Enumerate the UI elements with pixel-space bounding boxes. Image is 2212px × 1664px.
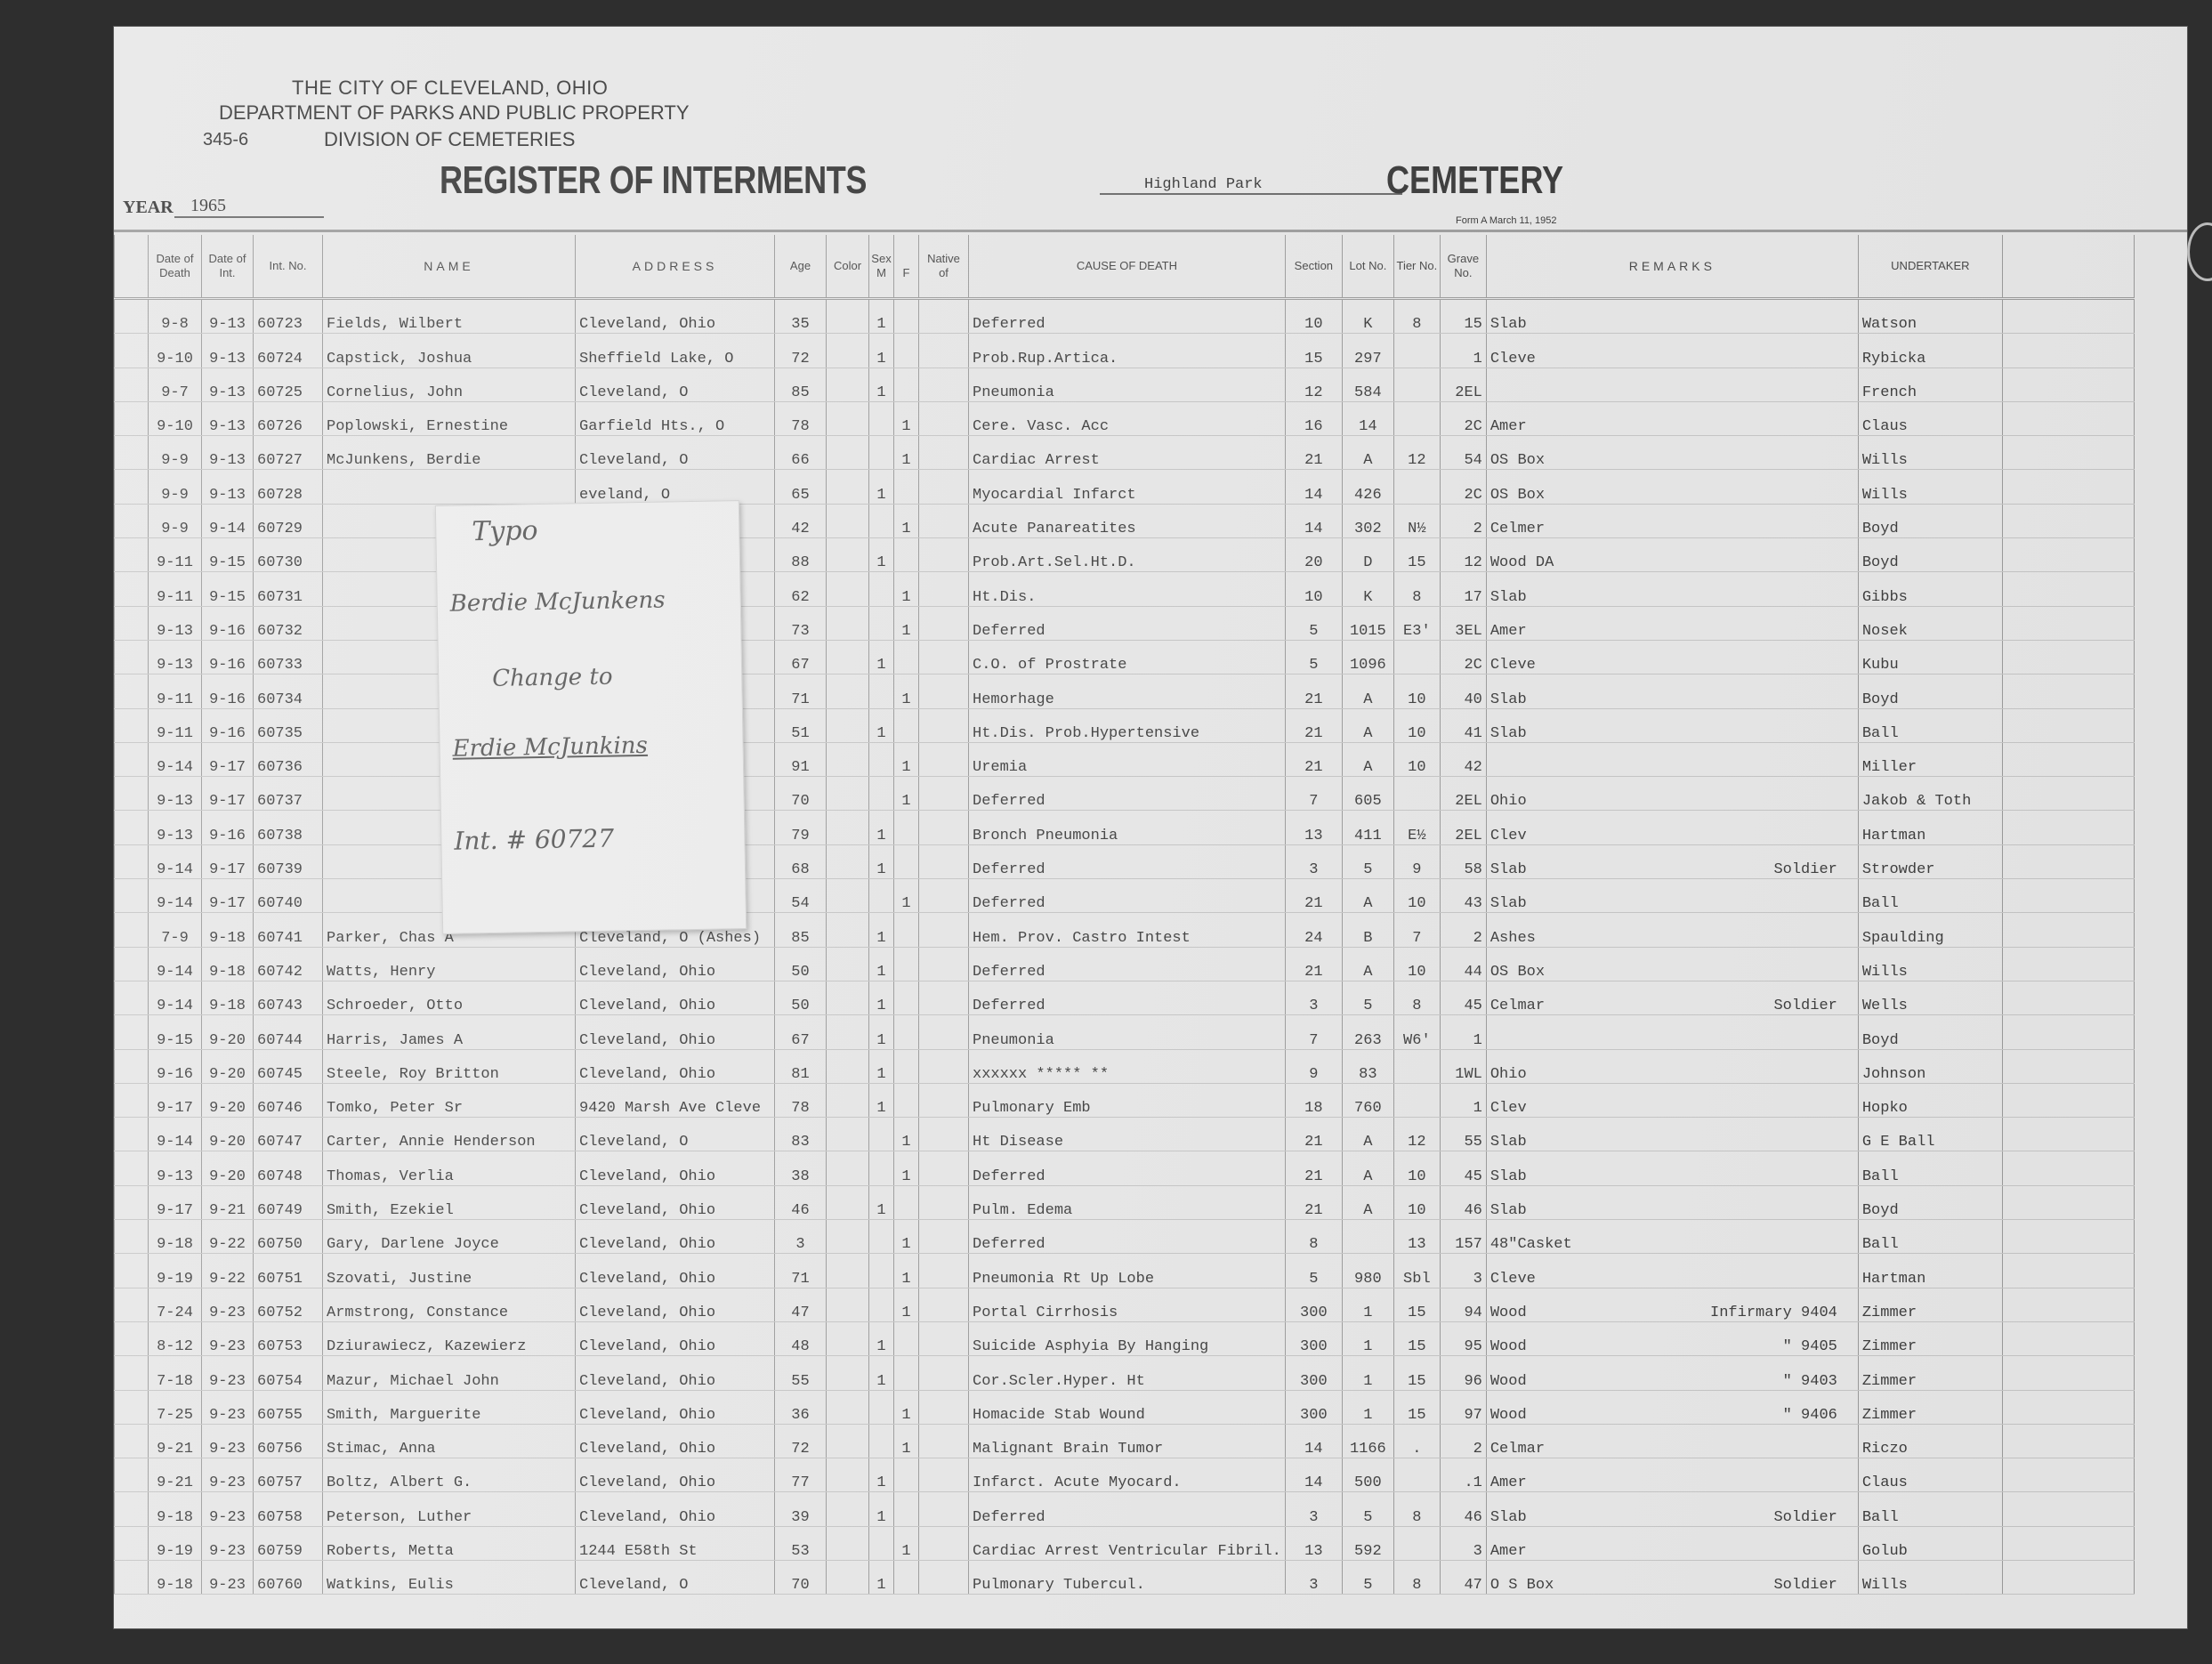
- cell-grave: 40: [1440, 674, 1486, 708]
- margin: [115, 1118, 149, 1151]
- cell-remarks: Slab: [1486, 572, 1858, 606]
- cell-tier: 10: [1393, 1151, 1440, 1185]
- cell-tier: 10: [1393, 1185, 1440, 1219]
- cell-name: Stimac, Anna: [323, 1424, 576, 1458]
- cell-grave: 2EL: [1440, 777, 1486, 811]
- sticky-note-correction: Typo Berdie McJunkens Change to Erdie Mc…: [435, 500, 747, 934]
- cell-native: [919, 1288, 969, 1321]
- cell-cause: Hemorhage: [969, 674, 1286, 708]
- cell-section: 9: [1285, 1049, 1342, 1083]
- cell-color: [827, 470, 869, 504]
- table-row: 9-179-2060746Tomko, Peter Sr9420 Marsh A…: [115, 1083, 2135, 1117]
- cell-lot: 297: [1342, 334, 1393, 368]
- cell-tier: Sbl: [1393, 1254, 1440, 1288]
- cell-grave: 2: [1440, 504, 1486, 537]
- cell-address: Cleveland, Ohio: [576, 1321, 775, 1355]
- cell-color: [827, 1356, 869, 1390]
- cell-address: Cleveland, Ohio: [576, 1220, 775, 1254]
- cell-sex-m: 1: [869, 1321, 894, 1355]
- cell-date-death: 9-7: [149, 368, 202, 401]
- cell-remarks: [1486, 368, 1858, 401]
- cell-sex-f: 1: [894, 1254, 919, 1288]
- cell-sex-m: 1: [869, 1356, 894, 1390]
- cell-date-int: 9-15: [202, 538, 254, 572]
- cell-grave: 45: [1440, 1151, 1486, 1185]
- cell-sex-m: [869, 674, 894, 708]
- cell-sex-m: [869, 401, 894, 435]
- remarks-vault: Slab: [1490, 316, 1606, 333]
- margin: [115, 1560, 149, 1594]
- cell-int-no: 60738: [254, 811, 323, 844]
- cell-address: eveland, O: [576, 470, 775, 504]
- table-row: 9-119-1660735veland, Ohio511Ht.Dis. Prob…: [115, 708, 2135, 742]
- cell-int-no: 60742: [254, 947, 323, 981]
- cell-cause: Uremia: [969, 742, 1286, 776]
- cell-undertaker: Wills: [1858, 436, 2002, 470]
- cell-grave: 41: [1440, 708, 1486, 742]
- cell-native: [919, 470, 969, 504]
- year-label: YEAR: [123, 198, 174, 218]
- cell-section: 21: [1285, 708, 1342, 742]
- note-int-number: Int. # 60727: [454, 824, 614, 856]
- margin: [115, 981, 149, 1014]
- cell-name: Watkins, Eulis: [323, 1560, 576, 1594]
- cell-age: 3: [775, 1220, 827, 1254]
- cell-section: 21: [1285, 1185, 1342, 1219]
- cell-section: 20: [1285, 538, 1342, 572]
- margin: [115, 947, 149, 981]
- remarks-vault: Slab: [1490, 861, 1606, 878]
- cell-lot: A: [1342, 674, 1393, 708]
- margin: [115, 879, 149, 913]
- cell-undertaker: Ball: [1858, 1492, 2002, 1526]
- remarks-vault: Ashes: [1490, 930, 1606, 947]
- cell-int-no: 60760: [254, 1560, 323, 1594]
- cell-date-int: 9-13: [202, 368, 254, 401]
- cell-cause: Cere. Vasc. Acc: [969, 401, 1286, 435]
- cell-tier: 10: [1393, 674, 1440, 708]
- cell-tier: 8: [1393, 299, 1440, 334]
- cell-sex-f: [894, 1049, 919, 1083]
- cell-date-int: 9-13: [202, 299, 254, 334]
- cell-section: 18: [1285, 1083, 1342, 1117]
- division-heading: DIVISION OF CEMETERIES: [324, 128, 575, 151]
- cell-color: [827, 1254, 869, 1288]
- cell-color: [827, 1220, 869, 1254]
- cell-int-no: 60741: [254, 913, 323, 947]
- interment-register-table: Date of Death Date of Int. Int. No. NAME…: [114, 235, 2135, 1595]
- cell-tier: 15: [1393, 1321, 1440, 1355]
- margin: [115, 1492, 149, 1526]
- cell-sex-m: 1: [869, 1560, 894, 1594]
- margin: [115, 1185, 149, 1219]
- cell-cause: Deferred: [969, 844, 1286, 878]
- cell-blank: [2002, 981, 2134, 1014]
- cell-int-no: 60734: [254, 674, 323, 708]
- cell-blank: [2002, 1390, 2134, 1424]
- cell-color: [827, 844, 869, 878]
- cell-tier: 15: [1393, 1288, 1440, 1321]
- cell-native: [919, 368, 969, 401]
- cell-age: 78: [775, 1083, 827, 1117]
- cell-sex-f: [894, 334, 919, 368]
- cell-remarks: CelmarSoldier: [1486, 981, 1858, 1014]
- cell-sex-f: [894, 1083, 919, 1117]
- cell-grave: 2C: [1440, 640, 1486, 674]
- cell-sex-m: [869, 1118, 894, 1151]
- city-heading: THE CITY OF CLEVELAND, OHIO: [292, 77, 608, 100]
- cell-blank: [2002, 606, 2134, 640]
- margin: [115, 470, 149, 504]
- cell-color: [827, 777, 869, 811]
- cell-date-death: 9-19: [149, 1526, 202, 1560]
- remarks-note: " 9403: [1606, 1373, 1837, 1390]
- cell-name: Thomas, Verlia: [323, 1151, 576, 1185]
- cell-lot: D: [1342, 538, 1393, 572]
- cell-blank: [2002, 1220, 2134, 1254]
- cell-address: Sheffield Lake, O: [576, 334, 775, 368]
- cell-grave: .1: [1440, 1458, 1486, 1492]
- cell-address: Cleveland, Ohio: [576, 1015, 775, 1049]
- cell-date-death: 9-11: [149, 708, 202, 742]
- cell-grave: 46: [1440, 1185, 1486, 1219]
- cell-tier: E½: [1393, 811, 1440, 844]
- cell-cause: Acute Panareatites: [969, 504, 1286, 537]
- cell-date-int: 9-16: [202, 674, 254, 708]
- cell-address: Cleveland, Ohio: [576, 1424, 775, 1458]
- cell-int-no: 60732: [254, 606, 323, 640]
- cell-lot: 5: [1342, 1560, 1393, 1594]
- cell-address: Cleveland, Ohio: [576, 1254, 775, 1288]
- cell-int-no: 60739: [254, 844, 323, 878]
- cell-color: [827, 1560, 869, 1594]
- cell-section: 21: [1285, 436, 1342, 470]
- table-row: 9-159-2060744Harris, James ACleveland, O…: [115, 1015, 2135, 1049]
- cell-date-death: 9-19: [149, 1254, 202, 1288]
- cell-int-no: 60723: [254, 299, 323, 334]
- cell-date-int: 9-22: [202, 1254, 254, 1288]
- cell-tier: 10: [1393, 947, 1440, 981]
- cell-section: 7: [1285, 1015, 1342, 1049]
- cell-color: [827, 1390, 869, 1424]
- cell-sex-m: [869, 1390, 894, 1424]
- cell-section: 21: [1285, 742, 1342, 776]
- cell-blank: [2002, 844, 2134, 878]
- remarks-vault: Ohio: [1490, 793, 1606, 810]
- cell-cause: Cor.Scler.Hyper. Ht: [969, 1356, 1286, 1390]
- cell-sex-f: 1: [894, 879, 919, 913]
- cell-undertaker: Hopko: [1858, 1083, 2002, 1117]
- cell-sex-f: [894, 470, 919, 504]
- cell-remarks: Ohio: [1486, 1049, 1858, 1083]
- cell-date-int: 9-20: [202, 1118, 254, 1151]
- cell-age: 36: [775, 1390, 827, 1424]
- margin: [115, 811, 149, 844]
- cell-native: [919, 1049, 969, 1083]
- register-page: THE CITY OF CLEVELAND, OHIO DEPARTMENT O…: [114, 27, 2187, 1628]
- cell-sex-f: 1: [894, 1151, 919, 1185]
- table-row: 9-139-2060748Thomas, VerliaCleveland, Oh…: [115, 1151, 2135, 1185]
- cell-lot: A: [1342, 1185, 1393, 1219]
- cell-name: Cornelius, John: [323, 368, 576, 401]
- cell-native: [919, 1220, 969, 1254]
- cell-date-death: 9-18: [149, 1492, 202, 1526]
- cell-date-int: 9-20: [202, 1083, 254, 1117]
- col-age: Age: [775, 235, 827, 299]
- cell-undertaker: Zimmer: [1858, 1288, 2002, 1321]
- remarks-note: " 9406: [1606, 1407, 1837, 1424]
- cell-tier: 12: [1393, 436, 1440, 470]
- cell-color: [827, 368, 869, 401]
- cell-sex-f: [894, 640, 919, 674]
- cell-sex-m: 1: [869, 708, 894, 742]
- cell-blank: [2002, 470, 2134, 504]
- cell-age: 65: [775, 470, 827, 504]
- cell-date-death: 9-14: [149, 1118, 202, 1151]
- table-row: 7-99-1860741Parker, Chas ACleveland, O (…: [115, 913, 2135, 947]
- cell-address: 1244 E58th St: [576, 1526, 775, 1560]
- cell-cause: C.O. of Prostrate: [969, 640, 1286, 674]
- cell-remarks: OS Box: [1486, 947, 1858, 981]
- margin: [115, 1049, 149, 1083]
- cell-date-death: 9-18: [149, 1220, 202, 1254]
- cell-native: [919, 299, 969, 334]
- remarks-vault: Amer: [1490, 418, 1606, 435]
- cell-date-death: 9-14: [149, 844, 202, 878]
- cell-date-int: 9-23: [202, 1526, 254, 1560]
- cell-color: [827, 1083, 869, 1117]
- cell-sex-m: [869, 777, 894, 811]
- cell-sex-m: 1: [869, 913, 894, 947]
- cell-tier: [1393, 1458, 1440, 1492]
- cell-section: 300: [1285, 1356, 1342, 1390]
- cell-remarks: Ashes: [1486, 913, 1858, 947]
- remarks-vault: Wood DA: [1490, 554, 1606, 571]
- cell-native: [919, 1254, 969, 1288]
- margin: [115, 1015, 149, 1049]
- cell-sex-f: 1: [894, 742, 919, 776]
- col-int-no: Int. No.: [254, 235, 323, 299]
- margin: [115, 1083, 149, 1117]
- cell-int-no: 60730: [254, 538, 323, 572]
- cell-date-death: 9-13: [149, 811, 202, 844]
- cell-color: [827, 742, 869, 776]
- note-typo: Typo: [472, 515, 538, 547]
- cell-sex-m: 1: [869, 368, 894, 401]
- remarks-vault: Slab: [1490, 895, 1606, 912]
- cell-native: [919, 708, 969, 742]
- cell-section: 13: [1285, 811, 1342, 844]
- cell-color: [827, 1288, 869, 1321]
- table-row: 9-79-1360725Cornelius, JohnCleveland, O8…: [115, 368, 2135, 401]
- margin: [115, 708, 149, 742]
- cell-remarks: Slab: [1486, 879, 1858, 913]
- col-address: ADDRESS: [576, 235, 775, 299]
- cell-tier: 9: [1393, 844, 1440, 878]
- cell-date-int: 9-23: [202, 1458, 254, 1492]
- cell-blank: [2002, 742, 2134, 776]
- remarks-vault: Wood: [1490, 1373, 1606, 1390]
- cell-color: [827, 913, 869, 947]
- table-row: 9-189-2360758Peterson, LutherCleveland, …: [115, 1492, 2135, 1526]
- cell-tier: [1393, 777, 1440, 811]
- remarks-vault: Wood: [1490, 1338, 1606, 1355]
- cell-date-int: 9-18: [202, 947, 254, 981]
- margin: [115, 1254, 149, 1288]
- cell-name: Gary, Darlene Joyce: [323, 1220, 576, 1254]
- cell-remarks: O S BoxSoldier: [1486, 1560, 1858, 1594]
- cell-int-no: 60740: [254, 879, 323, 913]
- form-code: 345-6: [203, 130, 248, 150]
- margin: [115, 1321, 149, 1355]
- table-row: 9-139-1660732field Hts, O.731Deferred510…: [115, 606, 2135, 640]
- page-title: REGISTER OF INTERMENTS: [440, 158, 867, 203]
- table-row: 9-99-1460729eveland, O421Acute Panareati…: [115, 504, 2135, 537]
- cell-tier: [1393, 1049, 1440, 1083]
- cell-sex-m: 1: [869, 1185, 894, 1219]
- cell-blank: [2002, 401, 2134, 435]
- cell-lot: 1: [1342, 1288, 1393, 1321]
- remarks-vault: Slab: [1490, 589, 1606, 606]
- table-row: 9-149-1760739eland, Ohio681Deferred35958…: [115, 844, 2135, 878]
- cell-date-int: 9-14: [202, 504, 254, 537]
- cell-remarks: 48"Casket: [1486, 1220, 1858, 1254]
- cell-name: McJunkens, Berdie: [323, 436, 576, 470]
- cell-color: [827, 811, 869, 844]
- cell-remarks: Slab: [1486, 708, 1858, 742]
- remarks-note: " 9405: [1606, 1338, 1837, 1355]
- cell-color: [827, 1321, 869, 1355]
- cell-cause: Bronch Pneumonia: [969, 811, 1286, 844]
- cell-date-int: 9-23: [202, 1356, 254, 1390]
- cell-date-death: 9-21: [149, 1424, 202, 1458]
- remarks-vault: 48"Casket: [1490, 1236, 1606, 1253]
- table-row: 9-199-2260751Szovati, JustineCleveland, …: [115, 1254, 2135, 1288]
- table-row: 7-259-2360755Smith, MargueriteCleveland,…: [115, 1390, 2135, 1424]
- remarks-note: Soldier: [1606, 861, 1837, 878]
- cell-section: 21: [1285, 674, 1342, 708]
- margin: [115, 538, 149, 572]
- cell-blank: [2002, 436, 2134, 470]
- cell-undertaker: Strowder: [1858, 844, 2002, 878]
- cell-grave: 44: [1440, 947, 1486, 981]
- cell-grave: 2EL: [1440, 811, 1486, 844]
- cell-lot: 411: [1342, 811, 1393, 844]
- cell-lot: 584: [1342, 368, 1393, 401]
- cell-lot: A: [1342, 947, 1393, 981]
- cell-int-no: 60757: [254, 1458, 323, 1492]
- cell-undertaker: Wills: [1858, 470, 2002, 504]
- cell-int-no: 60737: [254, 777, 323, 811]
- cell-address: Cleveland, Ohio: [576, 1049, 775, 1083]
- cell-age: 73: [775, 606, 827, 640]
- cell-sex-m: 1: [869, 1015, 894, 1049]
- cell-cause: Infarct. Acute Myocard.: [969, 1458, 1286, 1492]
- margin: [115, 1458, 149, 1492]
- remarks-vault: Cleve: [1490, 1271, 1606, 1288]
- cell-lot: B: [1342, 913, 1393, 947]
- cell-date-death: 9-11: [149, 674, 202, 708]
- cell-tier: 7: [1393, 913, 1440, 947]
- cell-grave: 96: [1440, 1356, 1486, 1390]
- cell-remarks: Slab: [1486, 1185, 1858, 1219]
- form-date: Form A March 11, 1952: [1456, 215, 1557, 226]
- cell-native: [919, 572, 969, 606]
- cell-address: Cleveland, O: [576, 1560, 775, 1594]
- cell-name: Harris, James A: [323, 1015, 576, 1049]
- cell-age: 85: [775, 368, 827, 401]
- cell-sex-f: [894, 913, 919, 947]
- cell-grave: 54: [1440, 436, 1486, 470]
- table-row: 9-119-1560731eveland, O.621Ht.Dis.10K817…: [115, 572, 2135, 606]
- cell-sex-f: 1: [894, 1118, 919, 1151]
- col-name: NAME: [323, 235, 576, 299]
- cell-cause: Hem. Prov. Castro Intest: [969, 913, 1286, 947]
- cell-cause: Cardiac Arrest: [969, 436, 1286, 470]
- cell-undertaker: Claus: [1858, 1458, 2002, 1492]
- cell-address: Cleveland, O: [576, 1118, 775, 1151]
- cell-date-int: 9-13: [202, 436, 254, 470]
- cell-section: 5: [1285, 1254, 1342, 1288]
- col-blank: [2002, 235, 2134, 299]
- cell-remarks: OS Box: [1486, 470, 1858, 504]
- cell-name: Peterson, Luther: [323, 1492, 576, 1526]
- cell-section: 10: [1285, 572, 1342, 606]
- margin: [115, 742, 149, 776]
- cell-lot: 605: [1342, 777, 1393, 811]
- cell-undertaker: Wills: [1858, 947, 2002, 981]
- cell-native: [919, 1321, 969, 1355]
- cell-date-int: 9-21: [202, 1185, 254, 1219]
- cell-color: [827, 1151, 869, 1185]
- cell-sex-m: 1: [869, 811, 894, 844]
- table-row: 9-139-1660738land, Ohio791Bronch Pneumon…: [115, 811, 2135, 844]
- cell-sex-f: [894, 947, 919, 981]
- margin: [115, 1288, 149, 1321]
- table-row: 9-149-1760740eland, Ohio541Deferred21A10…: [115, 879, 2135, 913]
- cell-remarks: Slab: [1486, 1118, 1858, 1151]
- cell-blank: [2002, 572, 2134, 606]
- cell-address: Garfield Hts., O: [576, 401, 775, 435]
- cell-name: Dziurawiecz, Kazewierz: [323, 1321, 576, 1355]
- cell-cause: Ht.Dis.: [969, 572, 1286, 606]
- cell-date-death: 9-9: [149, 504, 202, 537]
- cell-native: [919, 742, 969, 776]
- cell-section: 3: [1285, 844, 1342, 878]
- cell-tier: [1393, 470, 1440, 504]
- cell-age: 50: [775, 947, 827, 981]
- cell-undertaker: Ball: [1858, 879, 2002, 913]
- cell-blank: [2002, 1254, 2134, 1288]
- cell-date-death: 9-13: [149, 640, 202, 674]
- cell-name: Poplowski, Ernestine: [323, 401, 576, 435]
- cell-section: 16: [1285, 401, 1342, 435]
- cell-int-no: 60735: [254, 708, 323, 742]
- cell-lot: 500: [1342, 1458, 1393, 1492]
- cell-tier: 8: [1393, 1492, 1440, 1526]
- cell-blank: [2002, 1492, 2134, 1526]
- cell-grave: 58: [1440, 844, 1486, 878]
- table-row: 9-219-2360756Stimac, AnnaCleveland, Ohio…: [115, 1424, 2135, 1458]
- cell-lot: 592: [1342, 1526, 1393, 1560]
- cell-undertaker: Zimmer: [1858, 1321, 2002, 1355]
- cell-tier: 12: [1393, 1118, 1440, 1151]
- cell-date-int: 9-16: [202, 708, 254, 742]
- col-section: Section: [1285, 235, 1342, 299]
- cell-lot: A: [1342, 879, 1393, 913]
- cell-tier: 15: [1393, 538, 1440, 572]
- cell-undertaker: Boyd: [1858, 1185, 2002, 1219]
